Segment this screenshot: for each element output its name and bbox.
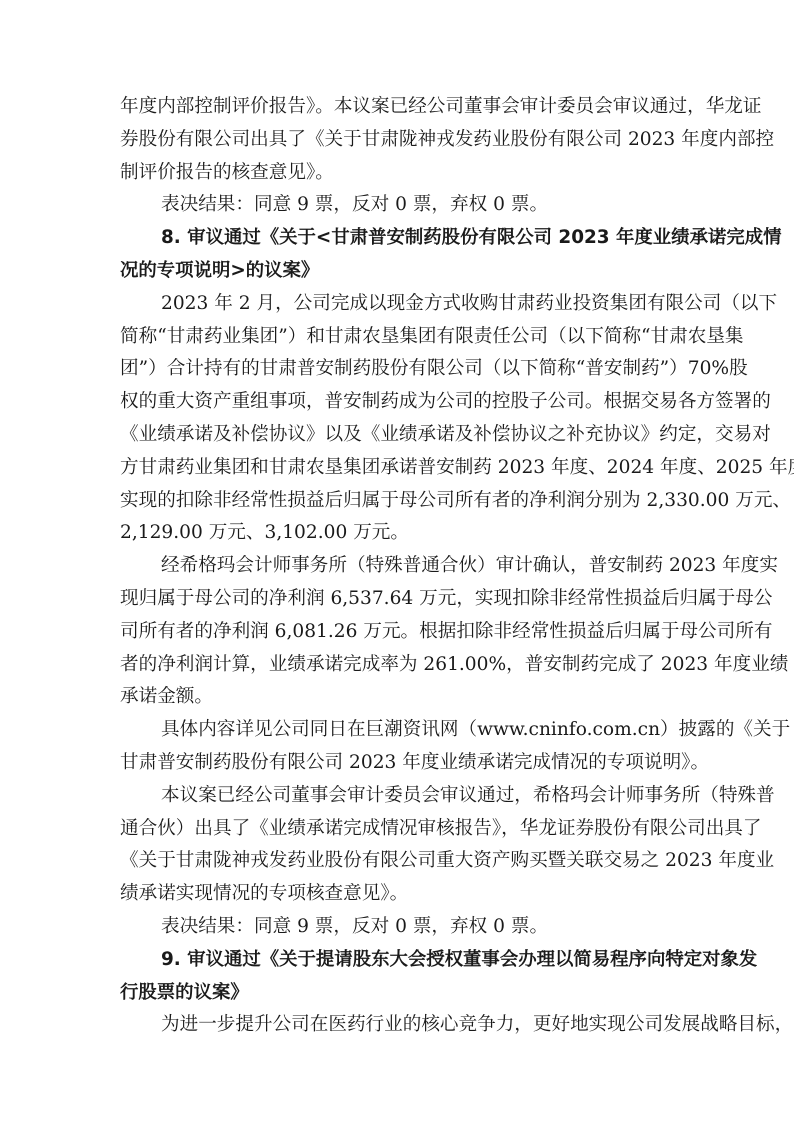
text-line: 年度内部控制评价报告》。本议案已经公司董事会审计委员会审议通过，华龙证 [120, 91, 676, 124]
paragraph-audit-confirmation: 经希格玛会计师事务所（特殊普通合伙）审计确认，普安制药 2023 年度实 现归属… [120, 550, 676, 714]
text-line: 甘肃普安制药股份有限公司 2023 年度业绩承诺完成情况的专项说明》。 [120, 747, 676, 780]
vote-result: 表决结果：同意 9 票，反对 0 票，弃权 0 票。 [120, 189, 676, 222]
resolution-heading-9: 9. 审议通过《关于提请股东大会授权董事会办理以简易程序向特定对象发 行股票的议… [120, 944, 676, 1010]
document-page: 年度内部控制评价报告》。本议案已经公司董事会审计委员会审议通过，华龙证 券股份有… [0, 0, 794, 1122]
text-line: 2023 年 2 月，公司完成以现金方式收购甘肃药业投资集团有限公司（以下 [120, 288, 676, 321]
text-line: 方甘肃药业集团和甘肃农垦集团承诺普安制药 2023 年度、2024 年度、202… [120, 452, 676, 485]
text-line: 简称“甘肃药业集团”）和甘肃农垦集团有限责任公司（以下简称“甘肃农垦集 [120, 321, 676, 354]
paragraph-strategy: 为进一步提升公司在医药行业的核心竞争力，更好地实现公司发展战略目标， [120, 1009, 676, 1042]
text-line: 制评价报告的核查意见》。 [120, 157, 676, 190]
text-line: 本议案已经公司董事会审计委员会审议通过，希格玛会计师事务所（特殊普 [120, 780, 676, 813]
paragraph-internal-control-report: 年度内部控制评价报告》。本议案已经公司董事会审计委员会审议通过，华龙证 券股份有… [120, 91, 676, 189]
text-line: 承诺金额。 [120, 681, 676, 714]
text-line: 具体内容详见公司同日在巨潮资讯网（www.cninfo.com.cn）披露的《关… [120, 714, 676, 747]
text-line: 司所有者的净利润 6,081.26 万元。根据扣除非经常性损益后归属于母公司所有 [120, 616, 676, 649]
text-line: 为进一步提升公司在医药行业的核心竞争力，更好地实现公司发展战略目标， [120, 1009, 676, 1042]
text-line: 权的重大资产重组事项，普安制药成为公司的控股子公司。根据交易各方签署的 [120, 386, 676, 419]
paragraph-committee-approval: 本议案已经公司董事会审计委员会审议通过，希格玛会计师事务所（特殊普 通合伙）出具… [120, 780, 676, 911]
text-line: 2,129.00 万元、3,102.00 万元。 [120, 517, 676, 550]
resolution-heading-8: 8. 审议通过《关于<甘肃普安制药股份有限公司 2023 年度业绩承诺完成情 况… [120, 222, 676, 288]
text-line: 经希格玛会计师事务所（特殊普通合伙）审计确认，普安制药 2023 年度实 [120, 550, 676, 583]
document-body: 年度内部控制评价报告》。本议案已经公司董事会审计委员会审议通过，华龙证 券股份有… [120, 91, 676, 1042]
text-line: 通合伙）出具了《业绩承诺完成情况审核报告》，华龙证券股份有限公司出具了 [120, 813, 676, 846]
text-line: 者的净利润计算，业绩承诺完成率为 261.00%，普安制药完成了 2023 年度… [120, 649, 676, 682]
vote-result: 表决结果：同意 9 票，反对 0 票，弃权 0 票。 [120, 911, 676, 944]
text-line: 表决结果：同意 9 票，反对 0 票，弃权 0 票。 [120, 189, 676, 222]
text-line: 《关于甘肃陇神戎发药业股份有限公司重大资产购买暨关联交易之 2023 年度业 [120, 845, 676, 878]
text-line: 团”）合计持有的甘肃普安制药股份有限公司（以下简称“普安制药”）70%股 [120, 353, 676, 386]
heading-line: 9. 审议通过《关于提请股东大会授权董事会办理以简易程序向特定对象发 [120, 944, 676, 977]
paragraph-disclosure: 具体内容详见公司同日在巨潮资讯网（www.cninfo.com.cn）披露的《关… [120, 714, 676, 780]
heading-line: 行股票的议案》 [120, 977, 676, 1010]
text-line: 绩承诺实现情况的专项核查意见》。 [120, 878, 676, 911]
text-line: 现归属于母公司的净利润 6,537.64 万元，实现扣除非经常性损益后归属于母公 [120, 583, 676, 616]
text-line: 券股份有限公司出具了《关于甘肃陇神戎发药业股份有限公司 2023 年度内部控 [120, 124, 676, 157]
text-line: 实现的扣除非经常性损益后归属于母公司所有者的净利润分别为 2,330.00 万元… [120, 485, 676, 518]
paragraph-acquisition: 2023 年 2 月，公司完成以现金方式收购甘肃药业投资集团有限公司（以下 简称… [120, 288, 676, 550]
text-line: 表决结果：同意 9 票，反对 0 票，弃权 0 票。 [120, 911, 676, 944]
heading-line: 况的专项说明>的议案》 [120, 255, 676, 288]
heading-line: 8. 审议通过《关于<甘肃普安制药股份有限公司 2023 年度业绩承诺完成情 [120, 222, 676, 255]
text-line: 《业绩承诺及补偿协议》以及《业绩承诺及补偿协议之补充协议》约定，交易对 [120, 419, 676, 452]
